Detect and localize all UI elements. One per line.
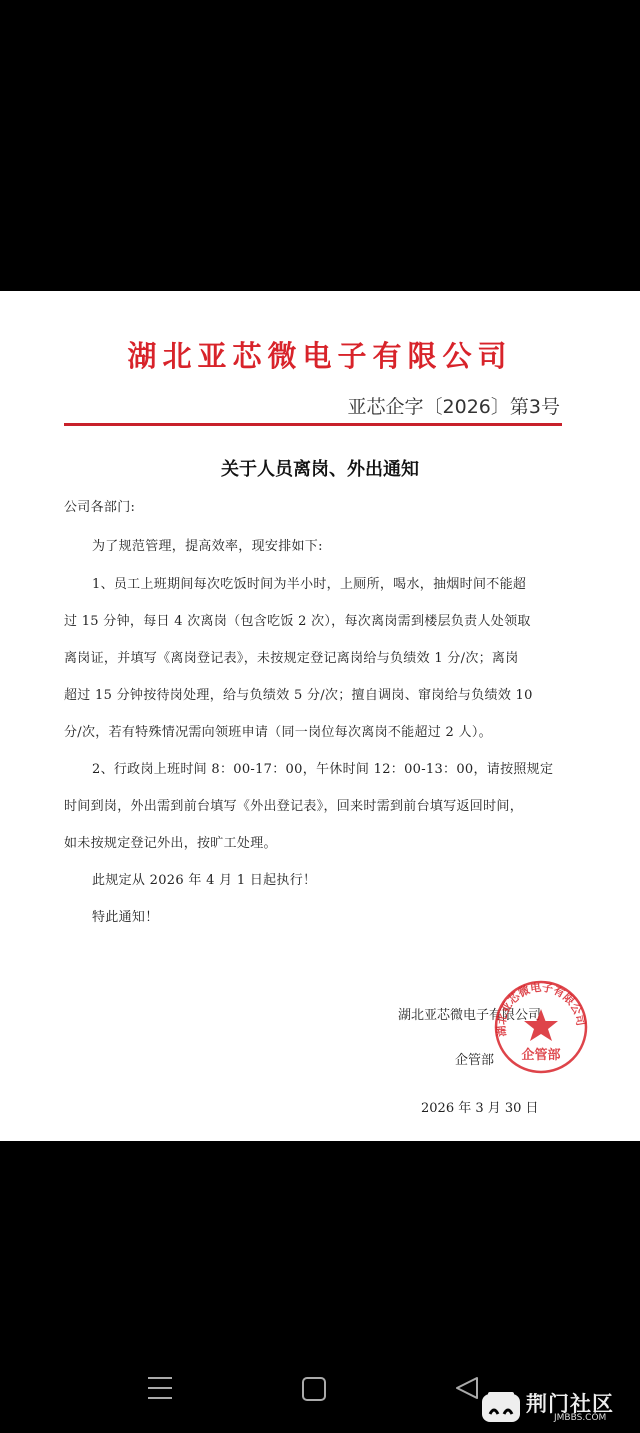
item2-line: 时间到岗，外出需到前台填写《外出登记表》，回来时需到前台填写返回时间， xyxy=(64,795,560,814)
signature-date: 2026 年 3 月 30 日 xyxy=(421,1097,539,1116)
vr-mascot-icon xyxy=(480,1390,522,1426)
watermark-subtext: JMBBS.COM xyxy=(554,1413,606,1423)
closing-line: 特此通知！ xyxy=(92,906,159,925)
document-number: 亚芯企字〔2026〕第3号 xyxy=(348,392,560,419)
item2-line: 如未按规定登记外出，按旷工处理。 xyxy=(64,832,560,851)
notice-title: 关于人员离岗、外出通知 xyxy=(0,455,640,481)
company-seal-icon: 湖北亚芯微电子有限公司 企管部 xyxy=(493,979,589,1075)
signature-department: 企管部 xyxy=(455,1049,494,1068)
svg-text:企管部: 企管部 xyxy=(521,1047,560,1063)
company-title: 湖北亚芯微电子有限公司 xyxy=(0,334,640,375)
item1-line: 1、员工上班期间每次吃饭时间为半小时，上厕所，喝水，抽烟时间不能超 xyxy=(92,573,526,592)
watermark-logo: 荆门社区 JMBBS.COM xyxy=(480,1388,635,1428)
item2-line: 2、行政岗上班时间 8：00-17：00，午休时间 12：00-13：00，请按… xyxy=(92,758,553,777)
home-icon[interactable] xyxy=(302,1377,326,1401)
item1-line: 离岗证，并填写《离岗登记表》，未按规定登记离岗给与负绩效 1 分/次；离岗 xyxy=(64,647,560,666)
item1-line: 超过 15 分钟按待岗处理，给与负绩效 5 分/次；擅自调岗、窜岗给与负绩效 1… xyxy=(64,684,560,703)
document-page: 湖北亚芯微电子有限公司 亚芯企字〔2026〕第3号 关于人员离岗、外出通知 公司… xyxy=(0,291,640,1141)
effective-date-line: 此规定从 2026 年 4 月 1 日起执行！ xyxy=(92,869,316,888)
back-icon[interactable] xyxy=(455,1376,479,1400)
item1-line: 分/次，若有特殊情况需向领班申请（同一岗位每次离岗不能超过 2 人）。 xyxy=(64,721,560,740)
menu-icon[interactable] xyxy=(148,1377,172,1399)
red-divider xyxy=(64,423,562,426)
item1-line: 过 15 分钟，每日 4 次离岗（包含吃饭 2 次），每次离岗需到楼层负责人处领… xyxy=(64,610,560,629)
intro-paragraph: 为了规范管理，提高效率，现安排如下: xyxy=(92,535,323,554)
salutation: 公司各部门: xyxy=(64,496,135,515)
